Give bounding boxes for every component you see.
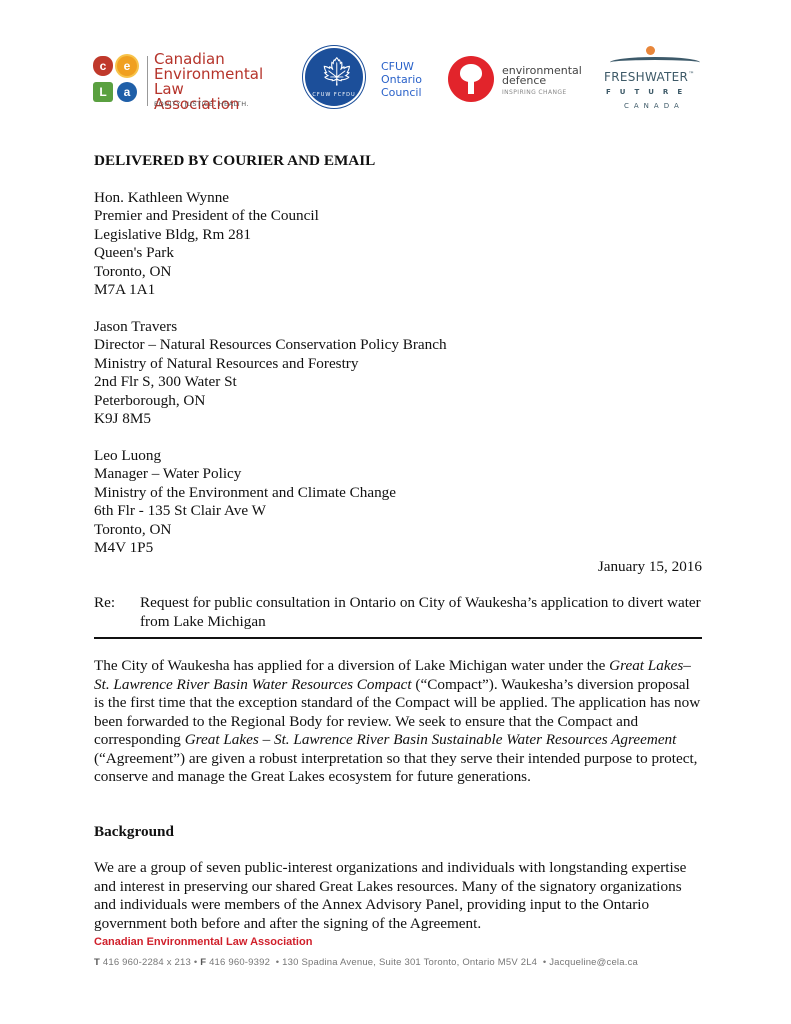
freshwater-name-text: FRESHWATER — [604, 70, 688, 84]
wave-icon — [610, 57, 700, 68]
subject-label: Re: — [94, 594, 140, 631]
fax-number: 416 960-9392 — [209, 957, 270, 968]
separator: • — [543, 957, 547, 968]
agreement-title: Great Lakes – St. Lawrence River Basin S… — [185, 731, 677, 748]
recipient-name: Jason Travers — [94, 318, 702, 337]
recipient-postal-code: K9J 8M5 — [94, 410, 702, 429]
letter-body: DELIVERED BY COURIER AND EMAIL Hon. Kath… — [94, 152, 702, 951]
separator: • — [276, 957, 280, 968]
recipient-postal-code: M7A 1A1 — [94, 281, 702, 300]
recipient-city: Toronto, ON — [94, 263, 702, 282]
fax-label: F — [200, 957, 206, 968]
environmental-defence-tree-icon — [448, 56, 494, 102]
cela-tagline: EQUITY. JUSTICE. HEALTH. — [154, 100, 249, 108]
footer-address: 130 Spadina Avenue, Suite 301 Toronto, O… — [282, 957, 537, 968]
house-l-icon: L — [93, 82, 113, 102]
ed-tagline: INSPIRING CHANGE — [502, 88, 582, 98]
recipient-address-line: 2nd Flr S, 300 Water St — [94, 373, 702, 392]
footer-email[interactable]: Jacqueline@cela.ca — [549, 957, 638, 968]
footer-organization: Canadian Environmental Law Association — [94, 936, 714, 948]
intro-text: (“Agreement”) are given a robust interpr… — [94, 750, 697, 786]
tree-trunk-shape — [468, 80, 474, 94]
recipient-title: Director – Natural Resources Conservatio… — [94, 336, 702, 355]
subject-line: Re: Request for public consultation in O… — [94, 594, 702, 631]
letterhead-footer: Canadian Environmental Law Association T… — [94, 936, 714, 968]
recipient-city: Toronto, ON — [94, 521, 702, 540]
cfuw-name-line: Council — [381, 86, 422, 99]
recipient-name: Leo Luong — [94, 447, 702, 466]
environmental-defence-logo-text: environmental defence INSPIRING CHANGE — [502, 66, 582, 98]
recipient-address-2: Jason Travers Director – Natural Resourc… — [94, 318, 702, 429]
footer-contact-line: T 416 960-2284 x 213 • F 416 960-9392 • … — [94, 957, 714, 968]
sun-e-icon: e — [117, 56, 137, 76]
recipient-address-line: 6th Flr - 135 St Clair Ave W — [94, 502, 702, 521]
recipient-postal-code: M4V 1P5 — [94, 539, 702, 558]
intro-text: The City of Waukesha has applied for a d… — [94, 657, 609, 674]
cela-name-line: Environmental Law — [154, 67, 282, 97]
recipient-address-3: Leo Luong Manager – Water Policy Ministr… — [94, 447, 702, 558]
maple-leaf-c-icon: c — [93, 56, 113, 76]
letter-date: January 15, 2016 — [94, 558, 702, 577]
freshwater-future-word: FUTURE — [606, 88, 691, 96]
cfuw-logo-text: CFUW Ontario Council — [381, 60, 422, 99]
recipient-address-line: Legislative Bldg, Rm 281 — [94, 226, 702, 245]
maple-leaf-icon: 🍁︎ — [319, 58, 349, 88]
separator: • — [194, 957, 198, 968]
cela-logo-divider — [147, 56, 148, 106]
recipient-name: Hon. Kathleen Wynne — [94, 189, 702, 208]
recipient-address-line: Queen's Park — [94, 244, 702, 263]
cela-logo: c e L a Canadian Environmental Law Assoc… — [92, 50, 282, 110]
freshwater-name: FRESHWATER™ — [604, 70, 695, 84]
background-paragraph: We are a group of seven public-interest … — [94, 859, 702, 933]
background-heading: Background — [94, 823, 702, 842]
cfuw-seal-logo: 🍁︎ CFUW FCFDU — [305, 48, 363, 106]
subject-divider — [94, 637, 702, 639]
ed-name-line: defence — [502, 76, 582, 86]
freshwater-future-logo: FRESHWATER™ FUTURE CANADA — [600, 44, 712, 116]
recipient-ministry: Ministry of Natural Resources and Forest… — [94, 355, 702, 374]
cfuw-name-line: CFUW — [381, 60, 422, 73]
subject-text: Request for public consultation in Ontar… — [140, 594, 702, 631]
recipient-city: Peterborough, ON — [94, 392, 702, 411]
recipient-ministry: Ministry of the Environment and Climate … — [94, 484, 702, 503]
cfuw-name-line: Ontario — [381, 73, 422, 86]
letterhead-logos: c e L a Canadian Environmental Law Assoc… — [92, 44, 712, 116]
freshwater-canada-word: CANADA — [624, 102, 684, 110]
cfuw-seal-text: CFUW FCFDU — [305, 92, 363, 98]
water-drop-a-icon: a — [117, 82, 137, 102]
delivery-method: DELIVERED BY COURIER AND EMAIL — [94, 152, 702, 171]
sun-icon — [646, 46, 655, 55]
recipient-title: Premier and President of the Council — [94, 207, 702, 226]
recipient-title: Manager – Water Policy — [94, 465, 702, 484]
intro-paragraph: The City of Waukesha has applied for a d… — [94, 657, 702, 787]
trademark-symbol: ™ — [688, 71, 694, 78]
cela-icon-group: c e L a — [92, 54, 140, 106]
recipient-address-1: Hon. Kathleen Wynne Premier and Presiden… — [94, 189, 702, 300]
phone-number: 416 960-2284 x 213 — [103, 957, 191, 968]
phone-label: T — [94, 957, 100, 968]
